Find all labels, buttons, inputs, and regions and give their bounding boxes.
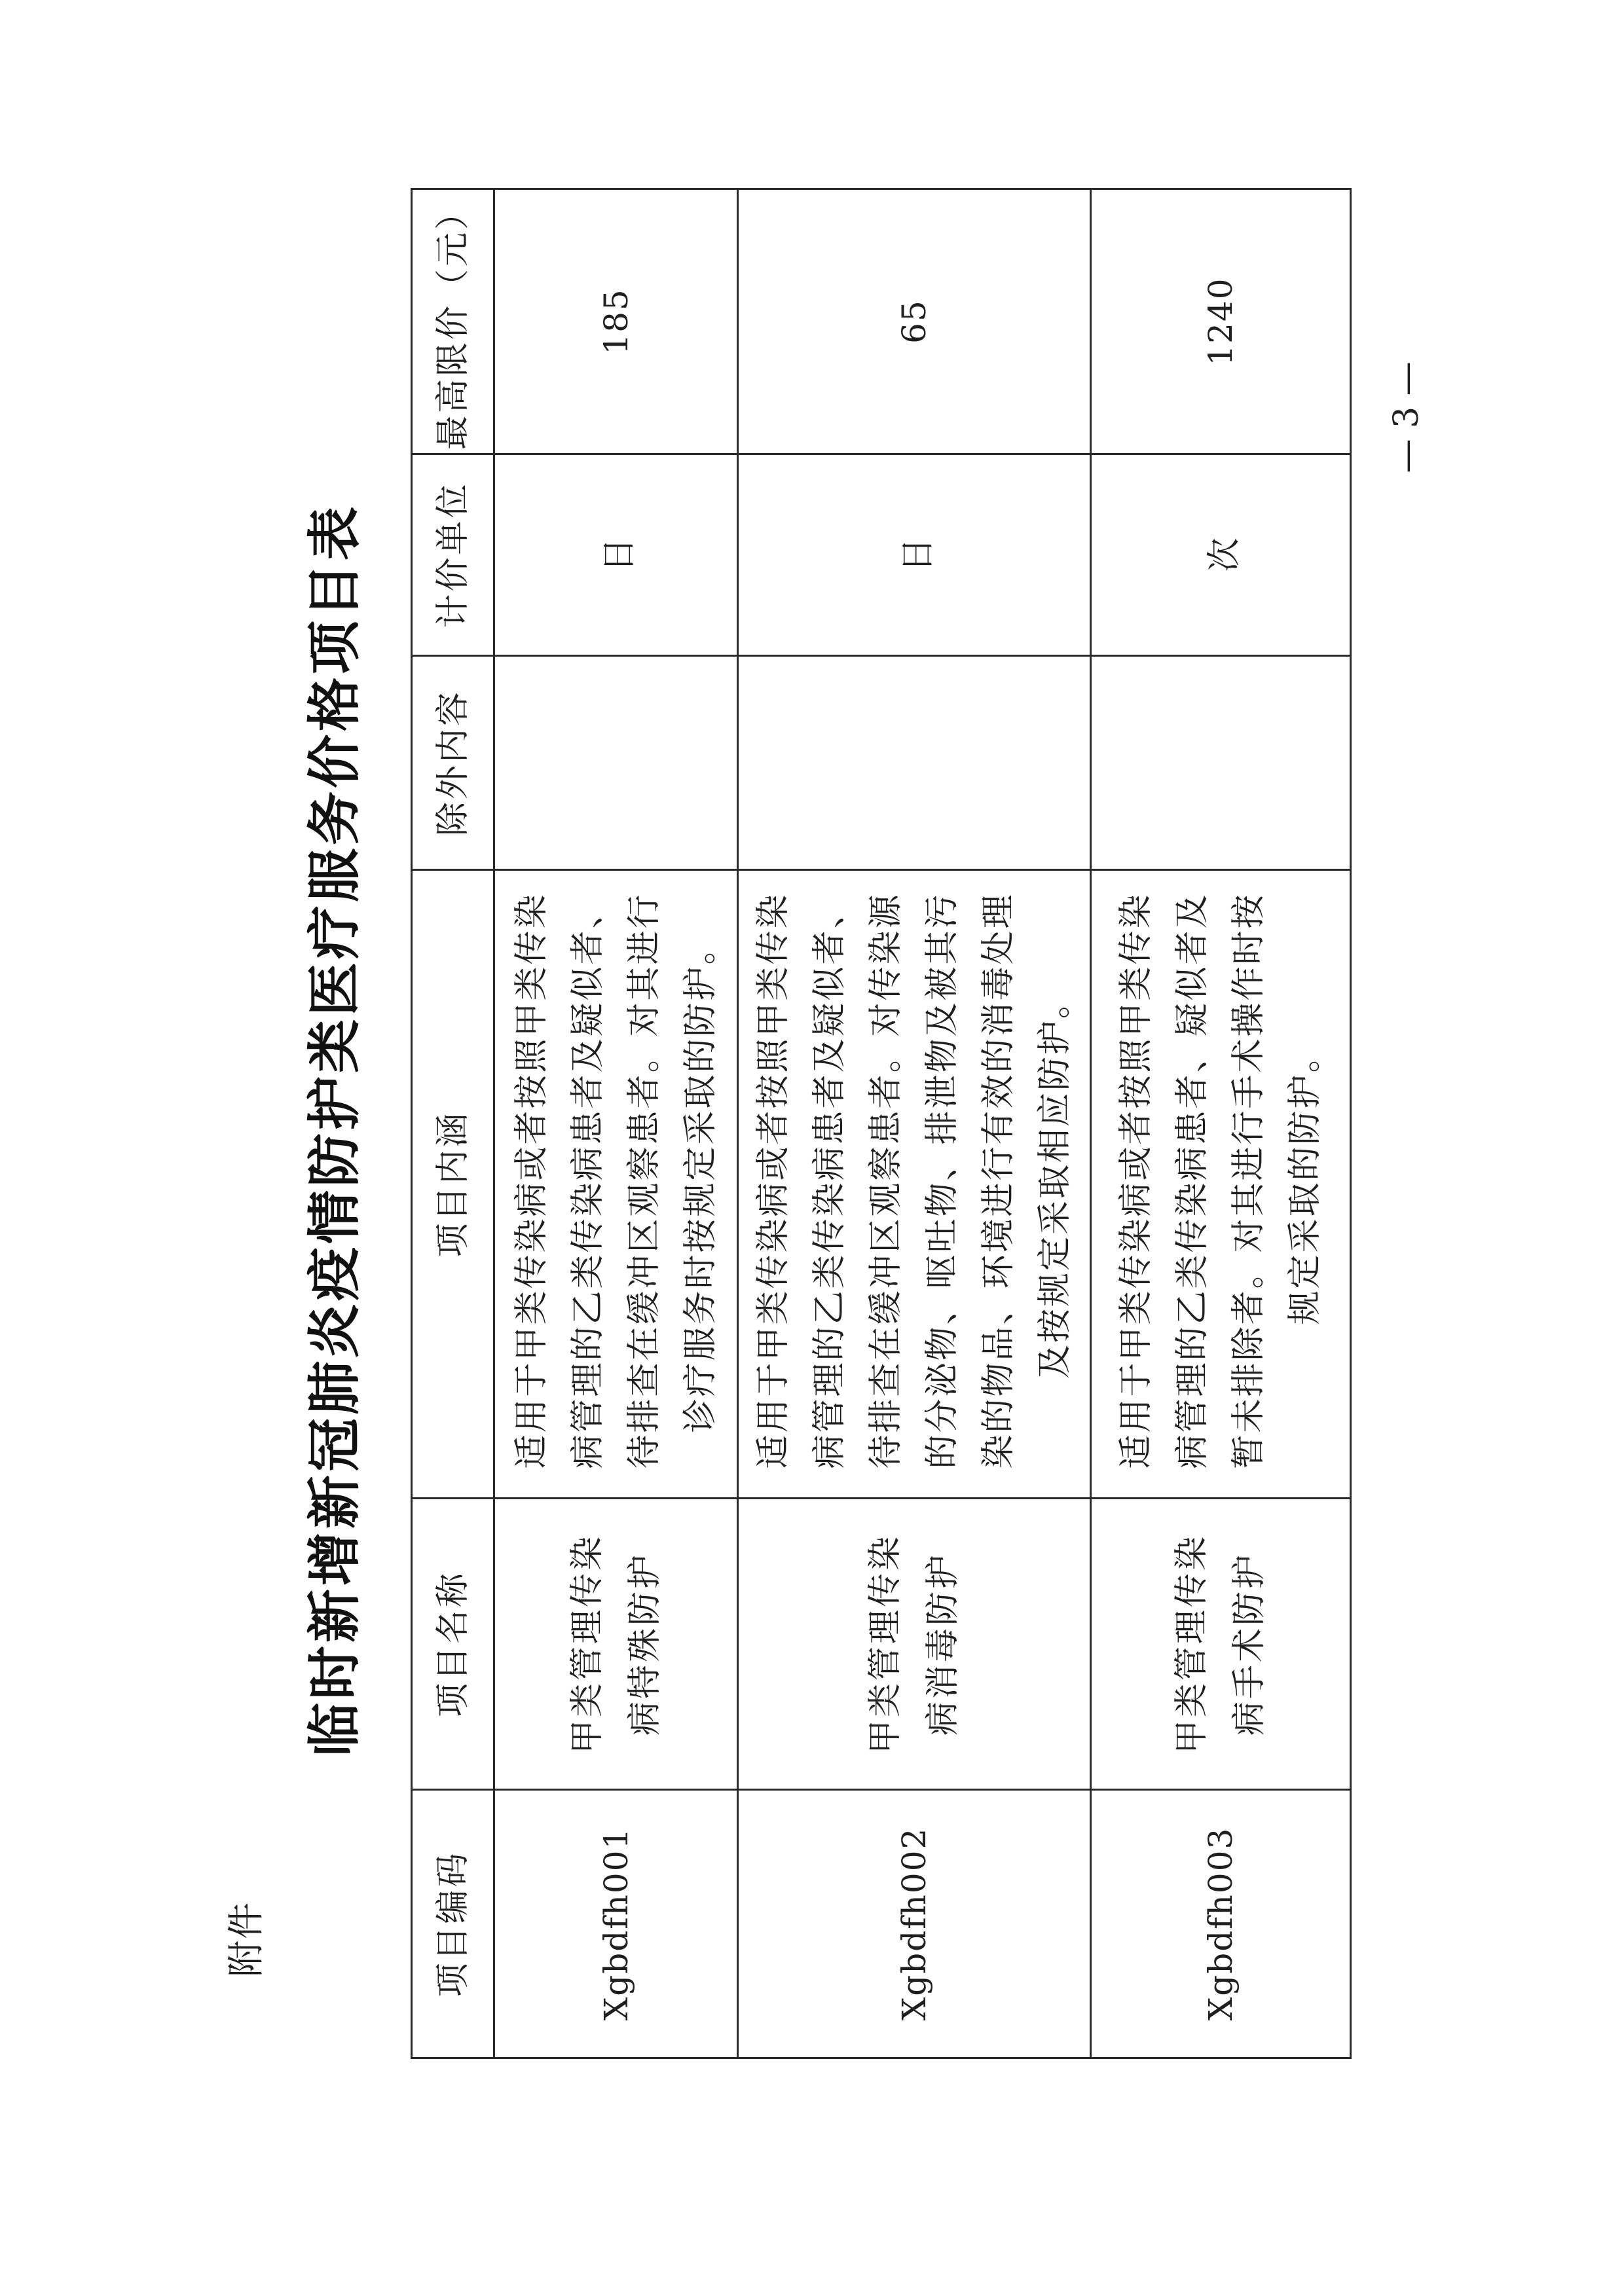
item-code: Xgbdfh001	[494, 1790, 738, 2058]
item-exclusions	[494, 656, 738, 870]
header-exclusions: 除外内容	[412, 656, 494, 870]
item-content: 适用于甲类传染病或者按照甲类传染病管理的乙类传染病患者、疑似者及暂未排除者。对其…	[1091, 870, 1351, 1499]
item-exclusions	[738, 656, 1091, 870]
price-table: 项目编码 项目名称 项目内涵 除外内容 计价单位 最高限价（元） Xgbdfh0…	[411, 188, 1352, 2059]
item-exclusions	[1091, 656, 1351, 870]
rotated-content: 附件 临时新增新冠肺炎疫情防护类医疗服务价格项目表 项目编码 项目名称 项目内涵…	[0, 0, 1624, 2296]
header-name: 项目名称	[412, 1499, 494, 1790]
item-content: 适用于甲类传染病或者按照甲类传染病管理的乙类传染病患者及疑似者、待排查在缓冲区观…	[738, 870, 1091, 1499]
table-header-row: 项目编码 项目名称 项目内涵 除外内容 计价单位 最高限价（元）	[412, 189, 494, 2058]
header-max-price: 最高限价（元）	[412, 189, 494, 454]
document-page: 附件 临时新增新冠肺炎疫情防护类医疗服务价格项目表 项目编码 项目名称 项目内涵…	[0, 0, 1624, 2296]
item-code: Xgbdfh002	[738, 1790, 1091, 2058]
item-code: Xgbdfh003	[1091, 1790, 1351, 2058]
item-name: 甲类管理传染病手术防护	[1091, 1499, 1351, 1790]
item-content: 适用于甲类传染病或者按照甲类传染病管理的乙类传染病患者及疑似者、待排查在缓冲区观…	[494, 870, 738, 1499]
item-max-price: 1240	[1091, 189, 1351, 454]
page-title: 临时新增新冠肺炎疫情防护类医疗服务价格项目表	[303, 503, 368, 1757]
item-unit: 日	[494, 454, 738, 656]
header-content: 项目内涵	[412, 870, 494, 1499]
item-name: 甲类管理传染病特殊防护	[494, 1499, 738, 1790]
item-name: 甲类管理传染病消毒防护	[738, 1499, 1091, 1790]
table-row: Xgbdfh001 甲类管理传染病特殊防护 适用于甲类传染病或者按照甲类传染病管…	[494, 189, 738, 2058]
header-code: 项目编码	[412, 1790, 494, 2058]
table-row: Xgbdfh003 甲类管理传染病手术防护 适用于甲类传染病或者按照甲类传染病管…	[1091, 189, 1351, 2058]
item-unit: 日	[738, 454, 1091, 656]
header-unit: 计价单位	[412, 454, 494, 656]
item-unit: 次	[1091, 454, 1351, 656]
attachment-label: 附件	[226, 1901, 268, 1977]
page-number: — 3 —	[1387, 350, 1426, 484]
item-max-price: 185	[494, 189, 738, 454]
item-max-price: 65	[738, 189, 1091, 454]
table-row: Xgbdfh002 甲类管理传染病消毒防护 适用于甲类传染病或者按照甲类传染病管…	[738, 189, 1091, 2058]
